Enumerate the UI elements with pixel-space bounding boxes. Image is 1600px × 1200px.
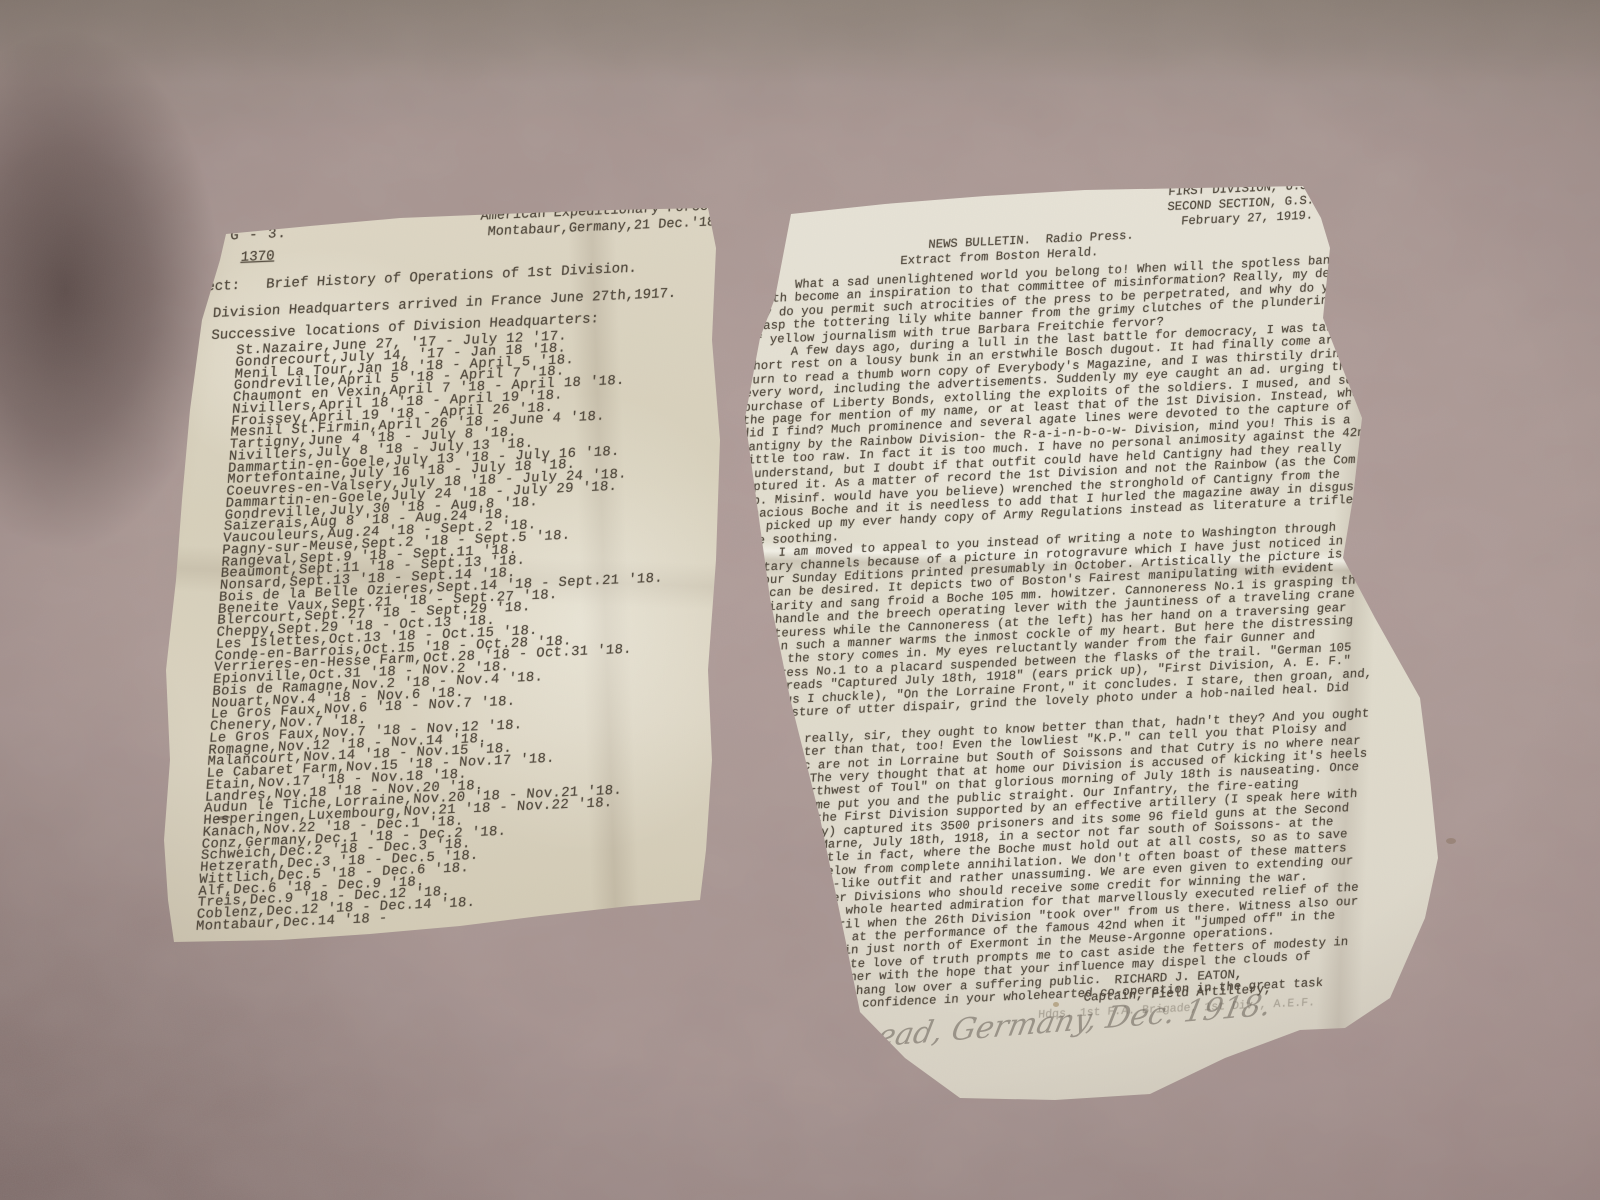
spacer xyxy=(240,288,266,289)
paragraph: A few days ago, during a lull in the las… xyxy=(735,318,1401,549)
carpet-top-shading xyxy=(0,0,1600,84)
photo-scene: G - 3. 1370 Headquarters First Division,… xyxy=(0,0,1600,1200)
paper-stain xyxy=(1053,1002,1059,1007)
paragraph: I am moved to appeal to you instead of w… xyxy=(723,519,1388,736)
location-list: St.Nazaire,June 27, '17 - July 12 '17.Go… xyxy=(196,326,681,933)
file-number: 1370 xyxy=(240,248,275,265)
paper-stain xyxy=(1446,838,1456,844)
left-document: G - 3. 1370 Headquarters First Division,… xyxy=(160,200,735,955)
